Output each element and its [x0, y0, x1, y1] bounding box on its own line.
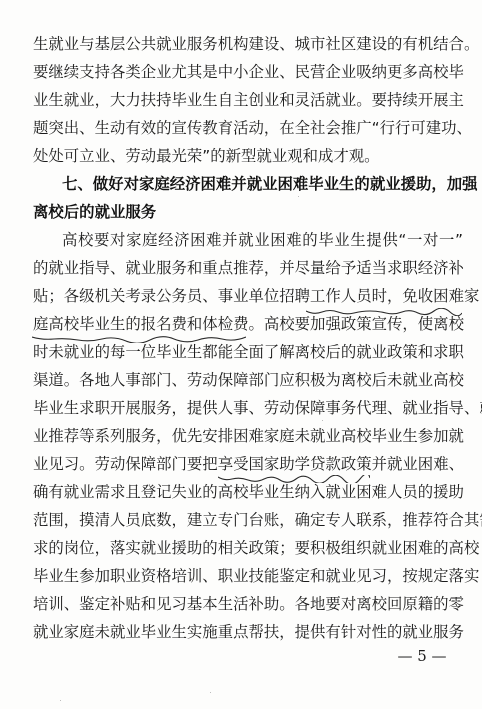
text-line: 处处可立业、劳动最光荣”的新型就业观和成才观。: [33, 145, 463, 167]
text-line: 范围，摸清人员底数，建立专门台账，确定专人联系，推荐符合其需: [33, 509, 463, 531]
text-line: 培训、鉴定补贴和见习基本生活补助。各地要对离校回原籍的零: [33, 593, 463, 615]
text-line: 庭高校毕业生的报名费和体检费。高校要加强政策宣传，使离校: [33, 313, 463, 335]
text-segment: 并就业困难、: [372, 455, 464, 473]
document-page: 生就业与基层公共就业服务机构建设、城市社区建设的有机结合。 要继续支持各类企业尤…: [0, 0, 482, 709]
text-line: 毕业生求职开展服务，提供人事、劳动保障事务代理、就业指导、就: [33, 397, 463, 419]
text-segment: 贴；各级机关考录公务员、事业单位招聘工作人员时，: [33, 287, 402, 305]
text-line: 生就业与基层公共就业服务机构建设、城市社区建设的有机结合。: [33, 33, 463, 55]
scan-speck: [298, 196, 299, 197]
text-line: 毕业生参加职业资格培训、职业技能鉴定和就业见习，按规定落实: [33, 565, 463, 587]
text-line: 时未就业的每一位毕业生都能全面了解离校后的就业政策和求职: [33, 341, 463, 363]
underlined-phrase: 享受国家助学贷款政策: [218, 455, 372, 473]
text-line: 高校要对家庭经济困难并就业困难的毕业生提供“一对一”: [62, 229, 463, 251]
text-line: 业见习。劳动保障部门要把享受国家助学贷款政策并就业困难、: [33, 453, 463, 475]
text-line: 业生就业，大力扶持毕业生自主创业和灵活就业。要持续开展主: [33, 89, 463, 111]
text-line: 求的岗位，落实就业援助的相关政策；要积极组织就业困难的高校: [33, 537, 463, 559]
text-line: 渠道。各地人事部门、劳动保障部门应积极为离校后未就业高校: [33, 369, 463, 391]
text-line: 要继续支持各类企业尤其是中小企业、民营企业吸纳更多高校毕: [33, 61, 463, 83]
text-segment: 。高校要加强政策宣传，使离校: [248, 315, 463, 333]
text-line: 业推荐等系列服务，优先安排困难家庭未就业高校毕业生参加就: [33, 425, 463, 447]
section-heading-line-2: 离校后的就业服务: [33, 201, 463, 223]
scan-speck: [210, 692, 211, 693]
scan-speck: [60, 700, 61, 701]
text-line: 的就业指导、就业服务和重点推荐，并尽量给予适当求职经济补: [33, 257, 463, 279]
text-line: 就业家庭未就业毕业生实施重点帮扶，提供有针对性的就业服务: [33, 621, 463, 643]
text-line: 贴；各级机关考录公务员、事业单位招聘工作人员时，免收困难家: [33, 285, 463, 307]
text-line: 确有就业需求且登记失业的高校毕业生纳入就业困难人员的援助: [33, 481, 463, 503]
page-number: — 5 —: [392, 645, 452, 667]
text-segment: 业见习。劳动保障部门要把: [33, 455, 218, 473]
scan-speck: [322, 420, 323, 421]
underlined-phrase: 免收困难家: [402, 287, 479, 305]
text-line: 题突出、生动有效的宣传教育活动，在全社会推广“行行可建功、: [33, 117, 463, 139]
section-heading-line-1: 七、做好对家庭经济困难并就业困难毕业生的就业援助，加强: [62, 173, 463, 195]
underlined-phrase: 庭高校毕业生的报名费和体检费: [33, 315, 248, 333]
